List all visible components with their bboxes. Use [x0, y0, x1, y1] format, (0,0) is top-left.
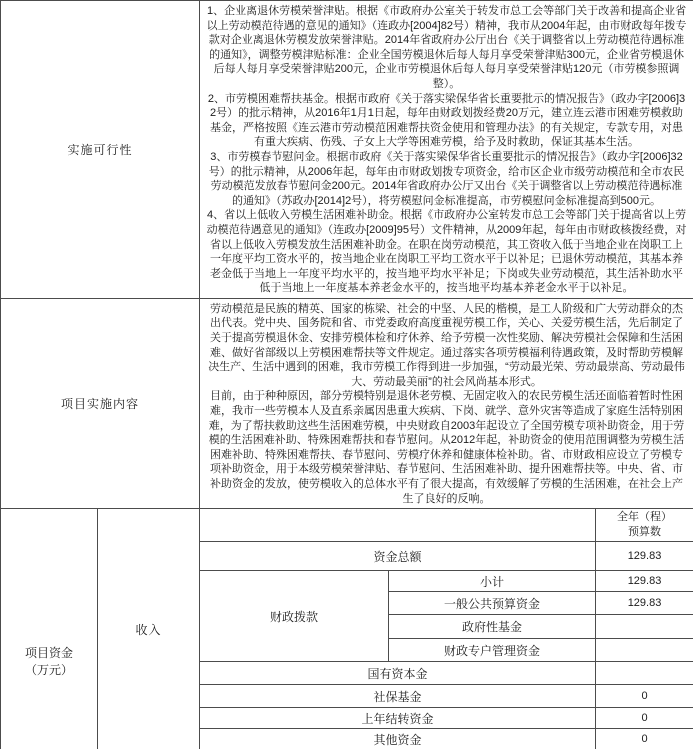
section-label-feasibility: 实施可行性: [1, 1, 200, 299]
funds-section-label: 项目资金 （万元）: [1, 509, 98, 749]
total-funds-value: 129.83: [596, 542, 693, 571]
feasibility-paragraph-1: 1、企业离退休劳模荣誉津贴。根据《市政府办公室关于转发市总工会等部门关于改善和提…: [206, 4, 687, 92]
social-security-fund-value: 0: [596, 685, 693, 708]
state-capital-value: [596, 662, 693, 685]
total-funds-label: 资金总额: [200, 542, 596, 571]
funds-header-empty-cell: [200, 509, 596, 542]
income-label-cell: 收入: [98, 509, 200, 749]
other-funds-label: 其他资金: [200, 729, 596, 749]
funds-header-row: 项目资金 （万元） 收入 全年（程） 预算数: [1, 509, 693, 542]
section-feasibility-row: 实施可行性 1、企业离退休劳模荣誉津贴。根据《市政府办公室关于转发市总工会等部门…: [1, 1, 693, 299]
carryover-funds-value: 0: [596, 708, 693, 729]
subtotal-label: 小计: [389, 571, 596, 592]
funds-section-label-line1: 项目资金: [1, 645, 97, 662]
general-public-budget-value: 129.83: [596, 592, 693, 615]
budget-document-table: 实施可行性 1、企业离退休劳模荣誉津贴。根据《市政府办公室关于转发市总工会等部门…: [0, 0, 693, 749]
government-fund-value: [596, 615, 693, 639]
fiscal-special-account-label: 财政专户管理资金: [389, 639, 596, 662]
annual-budget-header-line2: 预算数: [596, 525, 693, 540]
annual-budget-header: 全年（程） 预算数: [596, 509, 693, 542]
section-content-implementation: 劳动模范是民族的精英、国家的栋梁、社会的中坚、人民的楷模，是工人阶级和广大劳动群…: [200, 298, 693, 508]
subtotal-value: 129.83: [596, 571, 693, 592]
funds-section-label-line2: （万元）: [1, 662, 97, 679]
implementation-paragraph-1: 劳动模范是民族的精英、国家的栋梁、社会的中坚、人民的楷模，是工人阶级和广大劳动群…: [206, 302, 687, 390]
fiscal-special-account-value: [596, 639, 693, 662]
annual-budget-header-line1: 全年（程）: [596, 510, 693, 525]
other-funds-value: 0: [596, 729, 693, 749]
feasibility-paragraph-3: 3、市劳模春节慰问金。根据市政府《关于落实梁保华省长重要批示的情况报告》（政办字…: [206, 150, 687, 208]
feasibility-paragraph-4: 4、省以上低收入劳模生活困难补助金。根据《市政府办公室转发市总工会等部门关于提高…: [206, 208, 687, 296]
carryover-funds-label: 上年结转资金: [200, 708, 596, 729]
social-security-fund-label: 社保基金: [200, 685, 596, 708]
section-label-implementation: 项目实施内容: [1, 298, 200, 508]
section-implementation-row: 项目实施内容 劳动模范是民族的精英、国家的栋梁、社会的中坚、人民的楷模，是工人阶…: [1, 298, 693, 508]
fiscal-appropriation-label: 财政拨款: [200, 571, 389, 662]
state-capital-label: 国有资本金: [200, 662, 596, 685]
feasibility-paragraph-2: 2、市劳模困难帮扶基金。根据市政府《关于落实梁保华省长重要批示的情况报告》（政办…: [206, 92, 687, 150]
implementation-paragraph-2: 目前，由于种种原因，部分劳模特别是退休老劳模、无固定收入的农民劳模生活还面临着暂…: [206, 389, 687, 506]
government-fund-label: 政府性基金: [389, 615, 596, 639]
general-public-budget-label: 一般公共预算资金: [389, 592, 596, 615]
section-content-feasibility: 1、企业离退休劳模荣誉津贴。根据《市政府办公室关于转发市总工会等部门关于改善和提…: [200, 1, 693, 299]
